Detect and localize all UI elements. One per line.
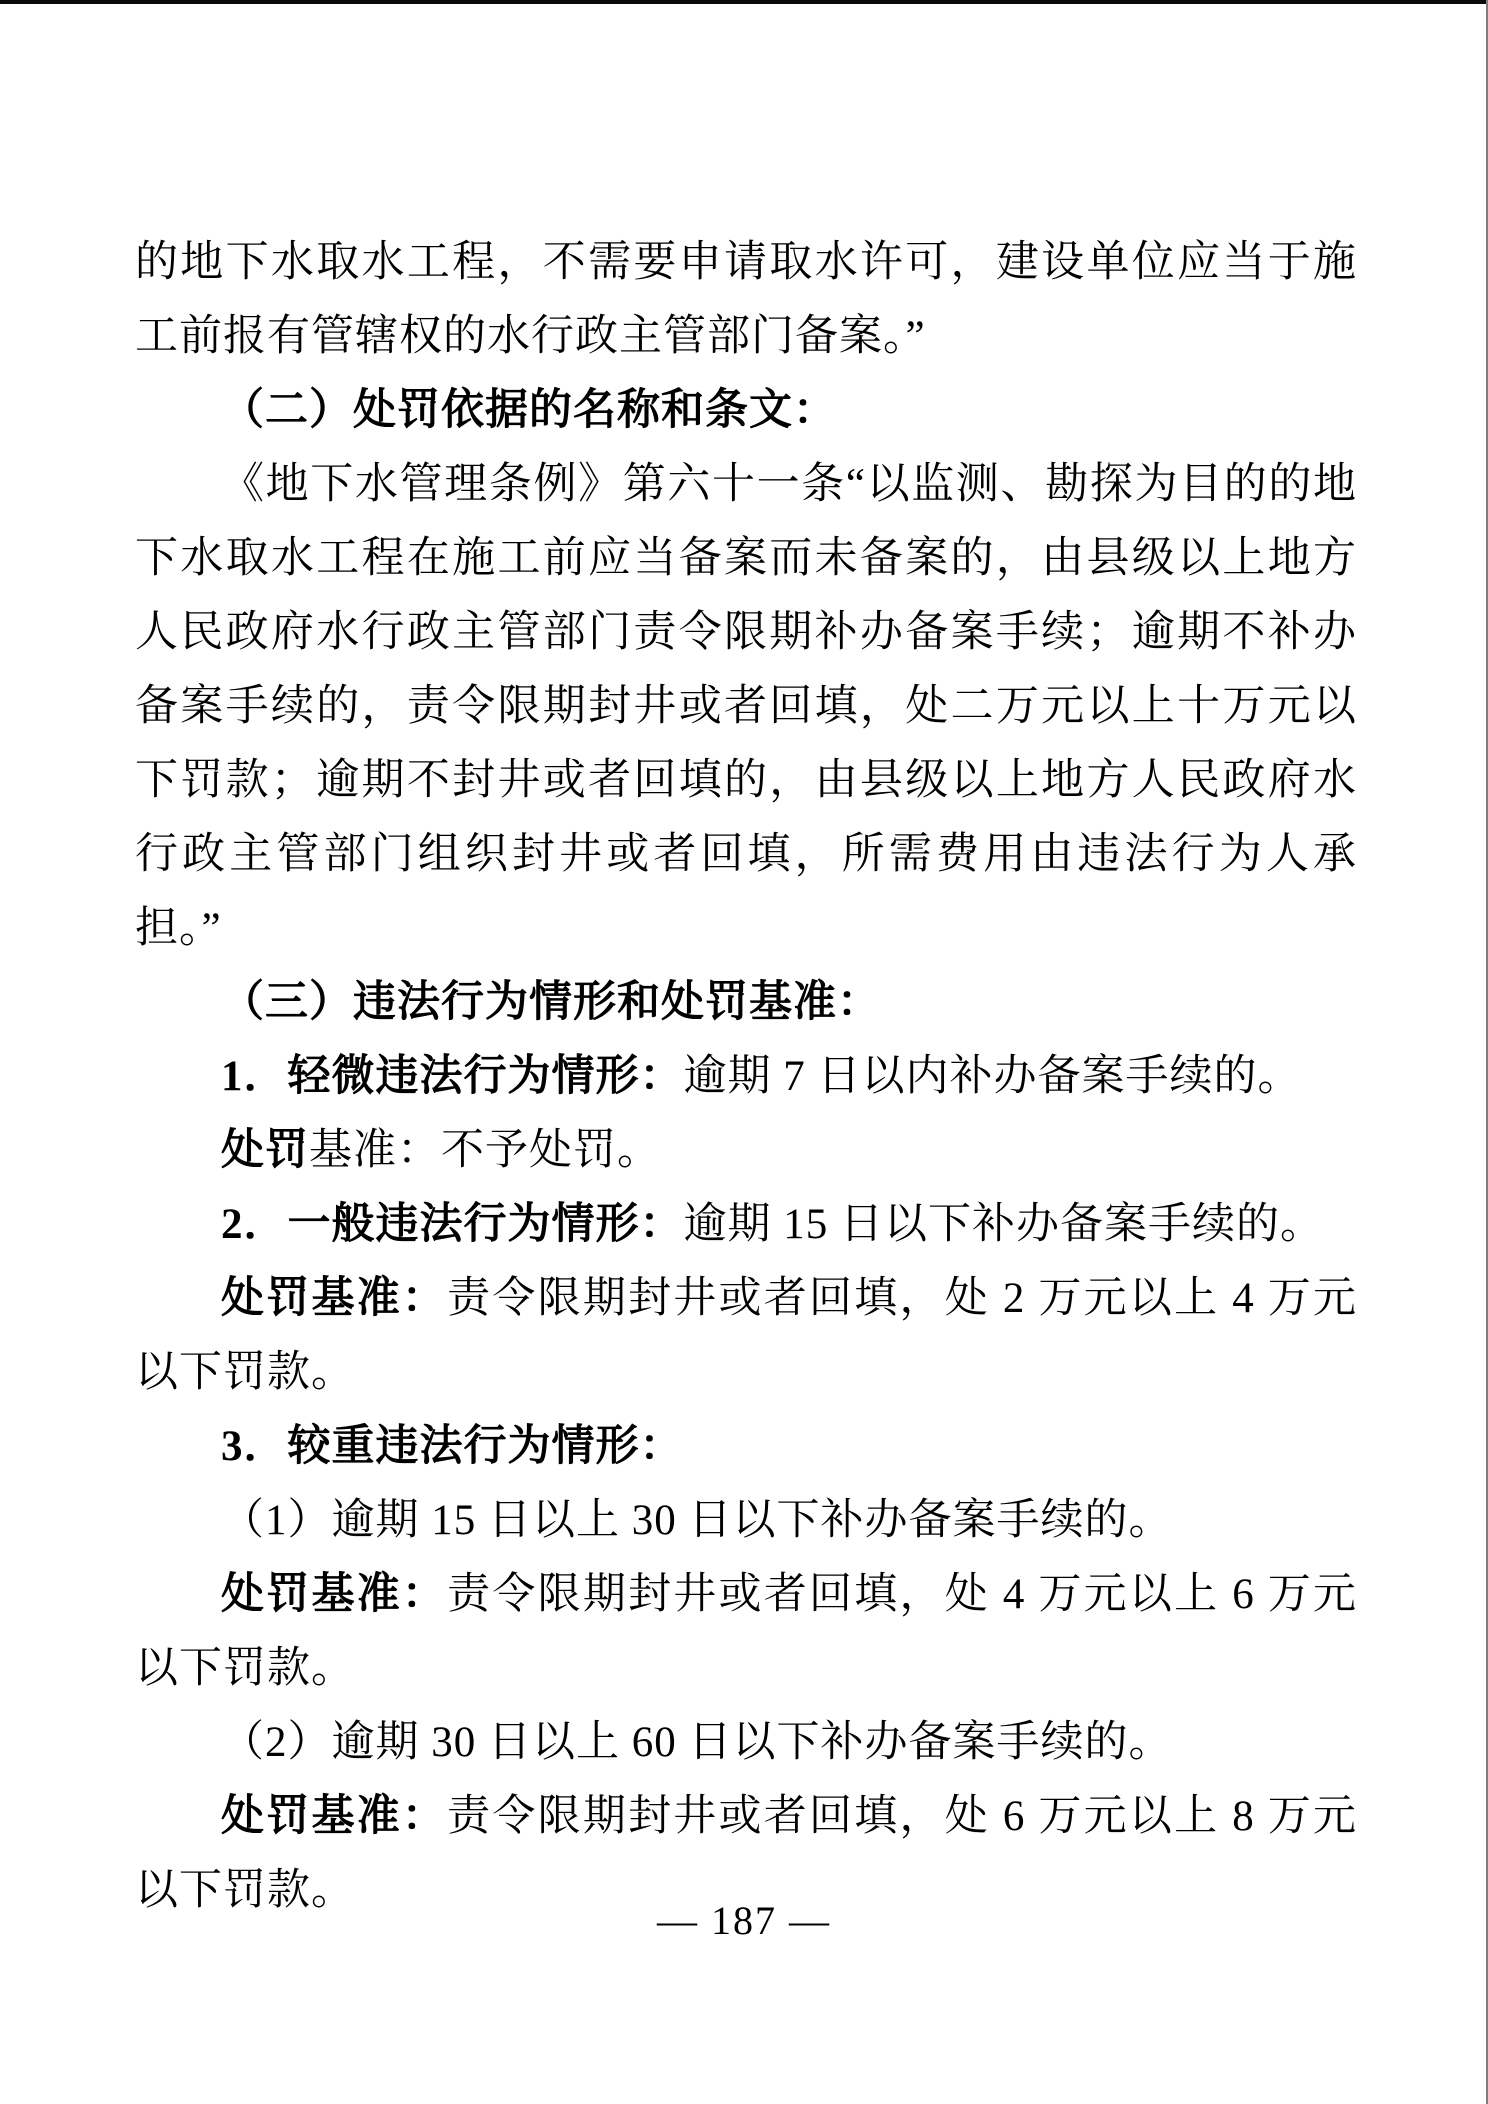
text-segment: 的地下水取水工程，不需要申请取水许可，建设单位应当于施工前报有管辖权的水行政主管… [135,239,1357,360]
text-segment: （2）逾期 30 日以上 60 日以下补办备案手续的。 [221,1719,1173,1766]
text-segment: 《地下水管理条例》第六十一条“以监测、勘探为目的的地下水取水工程在施工前应当备案… [135,461,1357,952]
text-segment: （1）逾期 15 日以上 30 日以下补办备案手续的。 [221,1497,1173,1544]
page-number: — 187 — [0,1896,1488,1946]
bold-text-segment: 3．较重违法行为情形： [221,1423,684,1470]
bold-text-segment: （二）处罚依据的名称和条文： [221,387,837,434]
paragraph: 《地下水管理条例》第六十一条“以监测、勘探为目的的地下水取水工程在施工前应当备案… [135,448,1357,966]
document-body: 的地下水取水工程，不需要申请取水许可，建设单位应当于施工前报有管辖权的水行政主管… [135,226,1357,1928]
bold-text-segment: 1．轻微违法行为情形： [221,1053,684,1100]
paragraph: （2）逾期 30 日以上 60 日以下补办备案手续的。 [135,1706,1357,1780]
bold-text-segment: 处罚基准： [221,1571,447,1618]
paragraph: （1）逾期 15 日以上 30 日以下补办备案手续的。 [135,1484,1357,1558]
paragraph: 处罚基准：不予处罚。 [135,1114,1357,1188]
page-top-edge [0,0,1488,4]
paragraph: 处罚基准：责令限期封井或者回填，处 2 万元以上 4 万元以下罚款。 [135,1262,1357,1410]
bold-text-segment: 处罚 [221,1127,309,1174]
bold-text-segment: 处罚基准： [221,1793,447,1840]
text-segment: 基准：不予处罚。 [309,1127,661,1174]
bold-text-segment: 2．一般违法行为情形： [221,1201,684,1248]
paragraph: 1．轻微违法行为情形：逾期 7 日以内补办备案手续的。 [135,1040,1357,1114]
paragraph: 2．一般违法行为情形：逾期 15 日以下补办备案手续的。 [135,1188,1357,1262]
paragraph: （三）违法行为情形和处罚基准： [135,966,1357,1040]
document-page: { "document": { "paragraphs": [ { "inden… [0,0,1488,2104]
paragraph: 处罚基准：责令限期封井或者回填，处 4 万元以上 6 万元以下罚款。 [135,1558,1357,1706]
text-segment: 逾期 7 日以内补办备案手续的。 [684,1053,1302,1100]
paragraph: 的地下水取水工程，不需要申请取水许可，建设单位应当于施工前报有管辖权的水行政主管… [135,226,1357,374]
paragraph: 3．较重违法行为情形： [135,1410,1357,1484]
text-segment: 逾期 15 日以下补办备案手续的。 [684,1201,1325,1248]
bold-text-segment: （三）违法行为情形和处罚基准： [221,979,881,1026]
paragraph: （二）处罚依据的名称和条文： [135,374,1357,448]
bold-text-segment: 处罚基准： [221,1275,447,1322]
